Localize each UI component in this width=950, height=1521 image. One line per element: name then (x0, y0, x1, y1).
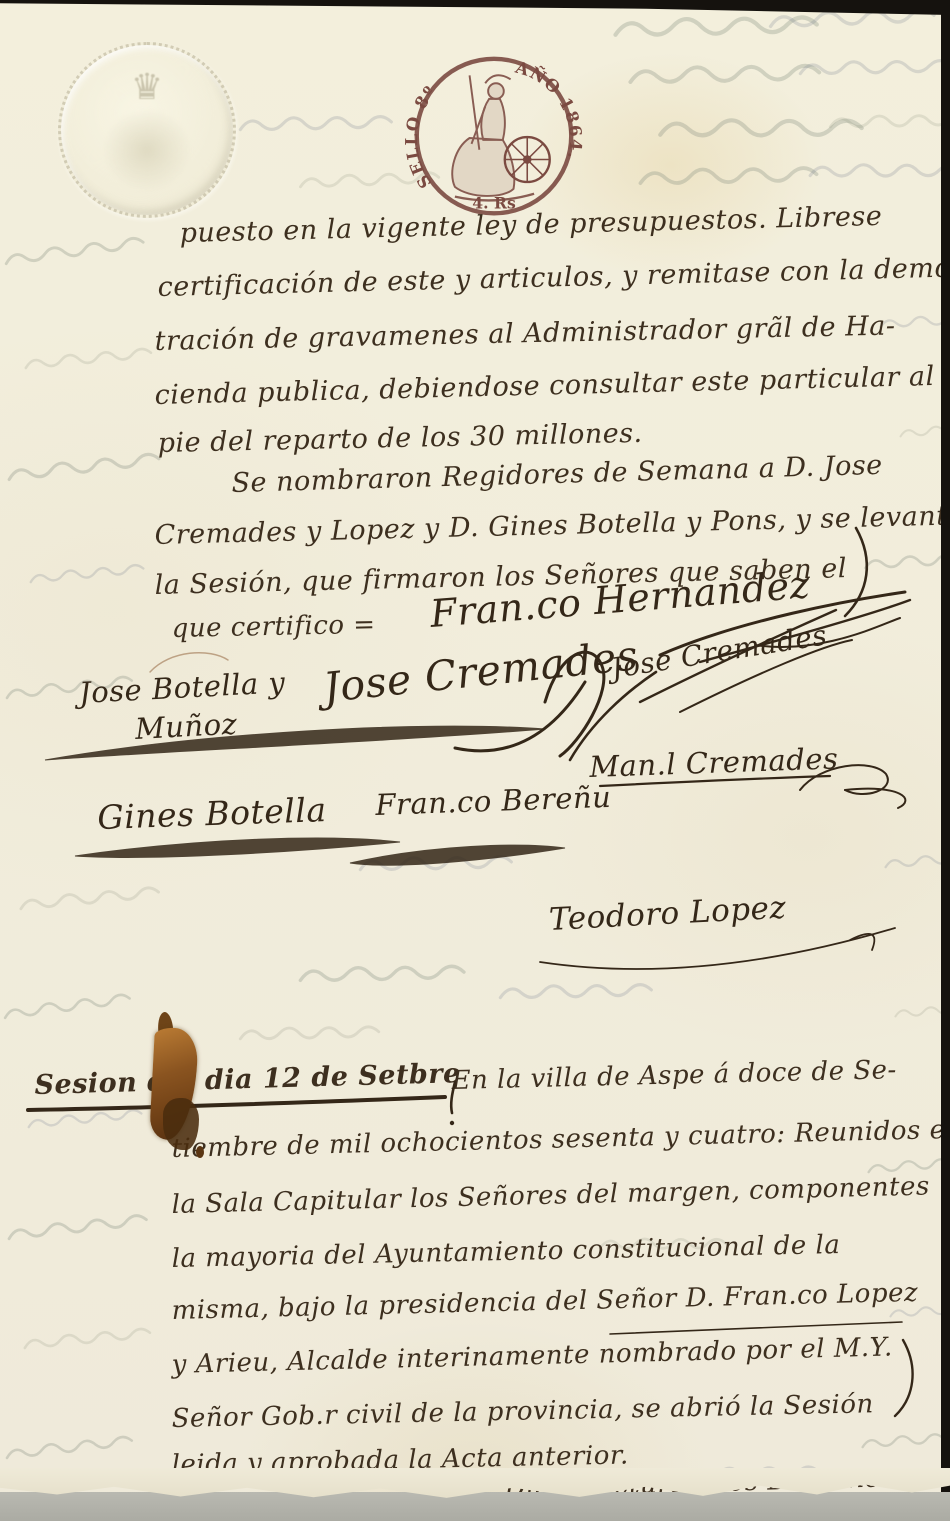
signature-jose-botella: Jose Botella y (78, 665, 286, 710)
signature-jose-botella-line2: Muñoz (134, 707, 238, 746)
manuscript-line: pie del reparto de los 30 millones. (157, 418, 643, 459)
stamp-text-left: SELLO 8º (401, 81, 440, 192)
embossed-crown-icon: ♛ (61, 67, 233, 108)
embossed-seal: ♛ (58, 42, 236, 218)
signature-jose-cremades-right: Jose Cremades (609, 618, 829, 685)
stamp-wheel-icon (505, 137, 550, 182)
signature-francisco-bereu: Fran.co Bereñu (375, 780, 612, 822)
burn-mark (196, 1146, 204, 1158)
signature-manuel-cremades: Man.l Cremades (589, 741, 839, 784)
signature-jose-cremades-center: Jose Cremades (321, 631, 640, 712)
manuscript-page: ♛ SELLO 8º AÑO 1864. 4. Rs (0, 0, 950, 1521)
manuscript-line: la mayoria del Ayuntamiento constitucion… (171, 1230, 840, 1274)
svg-text:SELLO 8º: SELLO 8º (401, 81, 440, 192)
scan-edge-right (941, 0, 950, 1494)
manuscript-line: Se nombraron Regidores de Semana a D. Jo… (231, 450, 883, 499)
session-header: Sesion del dia 12 de Setbre (34, 1058, 461, 1101)
revenue-stamp: SELLO 8º AÑO 1864. 4. Rs (400, 50, 588, 226)
manuscript-line: Señor Gob.r civil de la provincia, se ab… (171, 1389, 874, 1434)
svg-text:AÑO 1864.: AÑO 1864. (512, 56, 586, 162)
signature-gines-botella: Gines Botella (97, 790, 328, 837)
manuscript-line: misma, bajo la presidencia del Señor D. … (171, 1278, 918, 1326)
manuscript-line: tración de gravamenes al Administrador g… (154, 310, 895, 357)
scanner-background-strip (0, 1492, 950, 1521)
burn-mark (163, 1098, 199, 1150)
manuscript-line: que certifico = (171, 610, 375, 644)
manuscript-line: y Arieu, Alcalde interinamente nombrado … (171, 1332, 893, 1380)
manuscript-line: En la villa de Aspe á doce de Se- (451, 1055, 897, 1096)
scan-edge-top (0, 0, 950, 15)
manuscript-line: Cremades y Lopez y D. Gines Botella y Po… (154, 500, 950, 551)
manuscript-line: certificación de este y articulos, y rem… (157, 252, 950, 303)
signature-teodoro-lopez: Teodoro Lopez (548, 890, 787, 938)
manuscript-line: la Sala Capitular los Señores del margen… (171, 1171, 930, 1220)
embossed-coat-of-arms (101, 107, 193, 193)
manuscript-line: cienda publica, debiendose consultar est… (154, 361, 935, 411)
manuscript-line: tiembre de mil ochocientos sesenta y cua… (171, 1115, 950, 1164)
stamp-text-right: AÑO 1864. (512, 56, 586, 162)
